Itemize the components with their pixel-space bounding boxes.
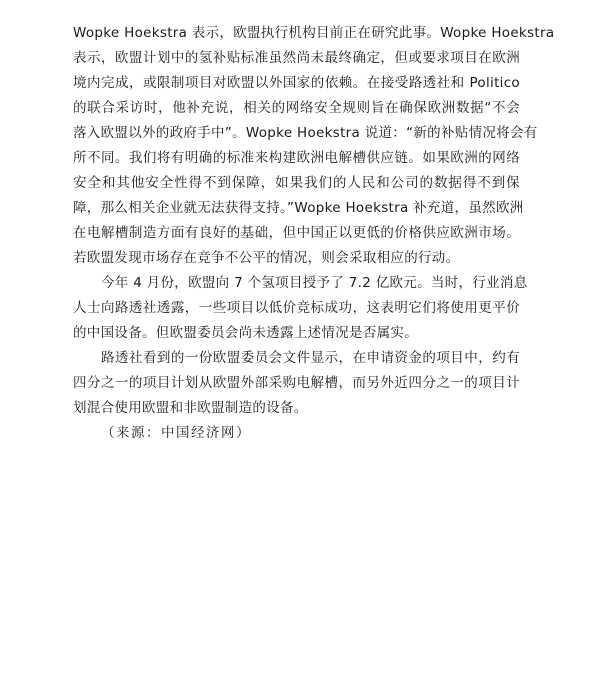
paragraph-3: 路透社看到的一份欧盟委员会文件显示，在申请资金的项目中，约有 四分之一的项目计划… [73, 346, 520, 421]
text-line: 安全和其他安全性得不到保障，如果我们的人民和公司的数据得不到保 [73, 171, 520, 196]
text-line: Wopke Hoekstra 表示，欧盟执行机构目前正在研究此事。Wopke H… [73, 21, 520, 46]
article-body: Wopke Hoekstra 表示，欧盟执行机构目前正在研究此事。Wopke H… [73, 21, 520, 446]
text-line: 表示，欧盟计划中的氢补贴标准虽然尚未最终确定，但或要求项目在欧洲 [73, 46, 520, 71]
text-line: 落入欧盟以外的政府手中”。Wopke Hoekstra 说道：“新的补贴情况将会… [73, 121, 520, 146]
text-line: 若欧盟发现市场存在竞争不公平的情况，则会采取相应的行动。 [73, 246, 520, 271]
text-line: 今年 4 月份，欧盟向 7 个氢项目授予了 7.2 亿欧元。当时，行业消息 [73, 271, 520, 296]
text-line: 四分之一的项目计划从欧盟外部采购电解槽，而另外近四分之一的项目计 [73, 371, 520, 396]
source-attribution: （来源：中国经济网） [73, 421, 520, 446]
text-line: 的联合采访时，他补充说，相关的网络安全规则旨在确保欧洲数据“不会 [73, 96, 520, 121]
text-line: 路透社看到的一份欧盟委员会文件显示，在申请资金的项目中，约有 [73, 346, 520, 371]
text-line: 所不同。我们将有明确的标准来构建欧洲电解槽供应链。如果欧洲的网络 [73, 146, 520, 171]
paragraph-1: Wopke Hoekstra 表示，欧盟执行机构目前正在研究此事。Wopke H… [73, 21, 520, 271]
paragraph-2: 今年 4 月份，欧盟向 7 个氢项目授予了 7.2 亿欧元。当时，行业消息 人士… [73, 271, 520, 346]
text-line: 人士向路透社透露，一些项目以低价竞标成功，这表明它们将使用更平价 [73, 296, 520, 321]
text-line: 境内完成，或限制项目对欧盟以外国家的依赖。在接受路透社和 Politico [73, 71, 520, 96]
text-line: 划混合使用欧盟和非欧盟制造的设备。 [73, 396, 520, 421]
text-line: 的中国设备。但欧盟委员会尚未透露上述情况是否属实。 [73, 321, 520, 346]
text-line: 障，那么相关企业就无法获得支持。”Wopke Hoekstra 补充道，虽然欧洲 [73, 196, 520, 221]
text-line: 在电解槽制造方面有良好的基础，但中国正以更低的价格供应欧洲市场。 [73, 221, 520, 246]
